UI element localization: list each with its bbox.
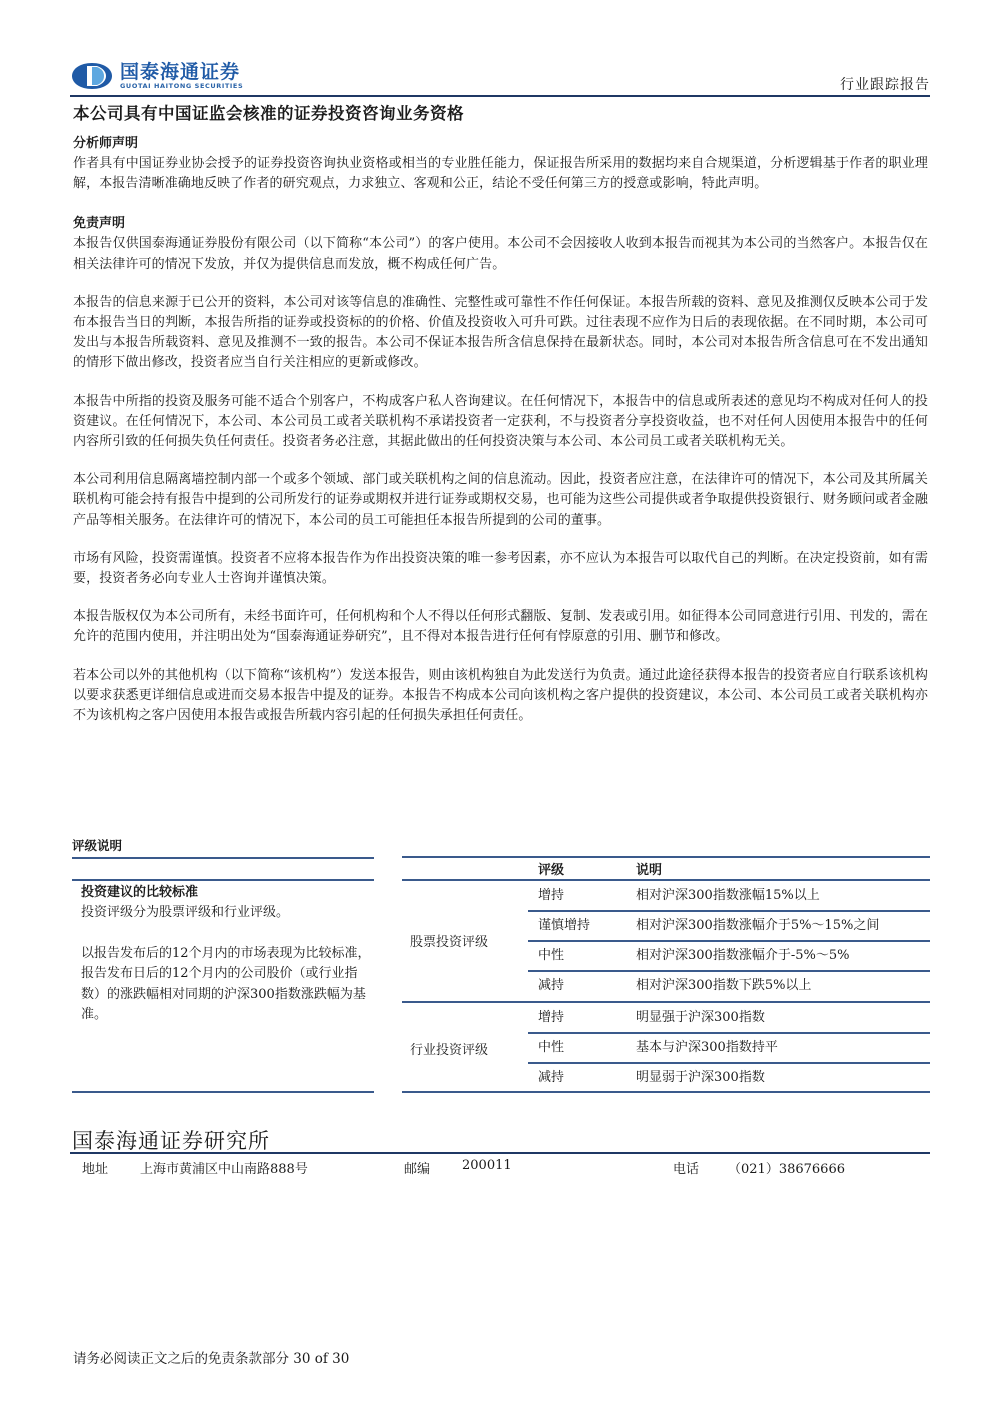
header-grade: 评级 — [538, 862, 564, 880]
company-logo: 国泰海通证券 GUOTAI HAITONG SECURITIES — [70, 62, 243, 90]
institute-divider — [70, 1152, 930, 1154]
rating-title: 评级说明 — [72, 837, 930, 855]
disclaimer-paragraph: 本报告的信息来源于已公开的资料，本公司对该等信息的准确性、完整性或可靠性不作任何… — [73, 293, 928, 374]
rating-section: 评级说明 投资建议的比较标准 投资评级分为股票评级和行业评级。 以报告发布后的1… — [72, 837, 930, 855]
qualification-title: 本公司具有中国证监会核准的证券投资咨询业务资格 — [73, 100, 464, 124]
standard-line: 投资评级分为股票评级和行业评级。 — [81, 903, 371, 924]
disclaimer-paragraph: 若本公司以外的其他机构（以下简称“该机构”）发送本报告，则由该机构独自为此发送行… — [73, 666, 928, 727]
page-header: 国泰海通证券 GUOTAI HAITONG SECURITIES 行业跟踪报告 — [70, 62, 930, 96]
header-divider — [70, 95, 930, 97]
disclaimer-paragraph: 本公司利用信息隔离墙控制内部一个或多个领域、部门或关联机构之间的信息流动。因此，… — [73, 470, 928, 531]
table-bottom-rule — [402, 1091, 930, 1093]
footer-note: 请务必阅读正文之后的免责条款部分 — [73, 1351, 289, 1367]
address-value: 上海市黄浦区中山南路888号 — [140, 1158, 308, 1177]
page-number: 30 of 30 — [293, 1351, 349, 1367]
stock-rating-group: 股票投资评级 增持 相对沪深300指数涨幅15%以上 谨慎增持 相对沪深300指… — [402, 881, 930, 1002]
institute-name: 国泰海通证券研究所 — [72, 1125, 270, 1155]
rating-table: 评级 说明 股票投资评级 增持 相对沪深300指数涨幅15%以上 谨慎增持 相对… — [402, 856, 930, 886]
disclaimer-paragraph: 市场有风险，投资需谨慎。投资者不应将本报告作为作出投资决策的唯一参考因素，亦不应… — [73, 549, 928, 589]
page-footer: 请务必阅读正文之后的免责条款部分 30 of 30 — [73, 1347, 349, 1367]
phone-value: （021）38676666 — [728, 1158, 845, 1177]
table-row: 谨慎增持 相对沪深300指数涨幅介于5%～15%之间 — [402, 911, 930, 941]
rating-divider — [72, 1091, 374, 1093]
phone-label: 电话 — [673, 1158, 699, 1177]
table-row: 减持 相对沪深300指数下跌5%以上 — [402, 971, 930, 1001]
disclaimer-paragraph: 本报告版权仅为本公司所有，未经书面许可，任何机构和个人不得以任何形式翻版、复制、… — [73, 607, 928, 647]
standard-title: 投资建议的比较标准 — [81, 883, 371, 903]
analyst-statement-title: 分析师声明 — [73, 134, 928, 154]
logo-mark-icon — [70, 62, 114, 90]
disclaimer-paragraph: 本报告中所指的投资及服务可能不适合个别客户，不构成客户私人咨询建议。在任何情况下… — [73, 392, 928, 453]
analyst-statement-text: 作者具有中国证券业协会授予的证券投资咨询执业资格或相当的专业胜任能力，保证报告所… — [73, 154, 928, 194]
table-row: 减持 明显弱于沪深300指数 — [402, 1063, 930, 1093]
table-row: 增持 明显强于沪深300指数 — [402, 1003, 930, 1033]
table-row: 中性 基本与沪深300指数持平 — [402, 1033, 930, 1063]
standard-paragraph: 以报告发布后的12个月内的市场表现为比较标准，报告发布日后的12个月内的公司股价… — [81, 944, 371, 1026]
report-type-label: 行业跟踪报告 — [840, 74, 930, 94]
disclaimer-title: 免责声明 — [73, 214, 928, 234]
rating-divider — [72, 879, 374, 881]
postcode-label: 邮编 — [404, 1158, 430, 1177]
table-row: 中性 相对沪深300指数涨幅介于-5%～5% — [402, 941, 930, 971]
disclaimer-paragraph: 本报告仅供国泰海通证券股份有限公司（以下简称“本公司”）的客户使用。本公司不会因… — [73, 234, 928, 274]
rating-divider — [72, 857, 374, 859]
disclaimer-content: 分析师声明 作者具有中国证券业协会授予的证券投资咨询执业资格或相当的专业胜任能力… — [73, 134, 928, 726]
postcode-value: 200011 — [462, 1158, 512, 1173]
table-row: 增持 相对沪深300指数涨幅15%以上 — [402, 881, 930, 911]
header-desc: 说明 — [636, 862, 662, 880]
address-label: 地址 — [82, 1158, 108, 1177]
logo-english-name: GUOTAI HAITONG SECURITIES — [120, 82, 243, 90]
industry-rating-group: 行业投资评级 增持 明显强于沪深300指数 中性 基本与沪深300指数持平 减持… — [402, 1003, 930, 1093]
logo-chinese-name: 国泰海通证券 — [120, 62, 243, 82]
comparison-standard: 投资建议的比较标准 投资评级分为股票评级和行业评级。 以报告发布后的12个月内的… — [81, 883, 371, 1026]
